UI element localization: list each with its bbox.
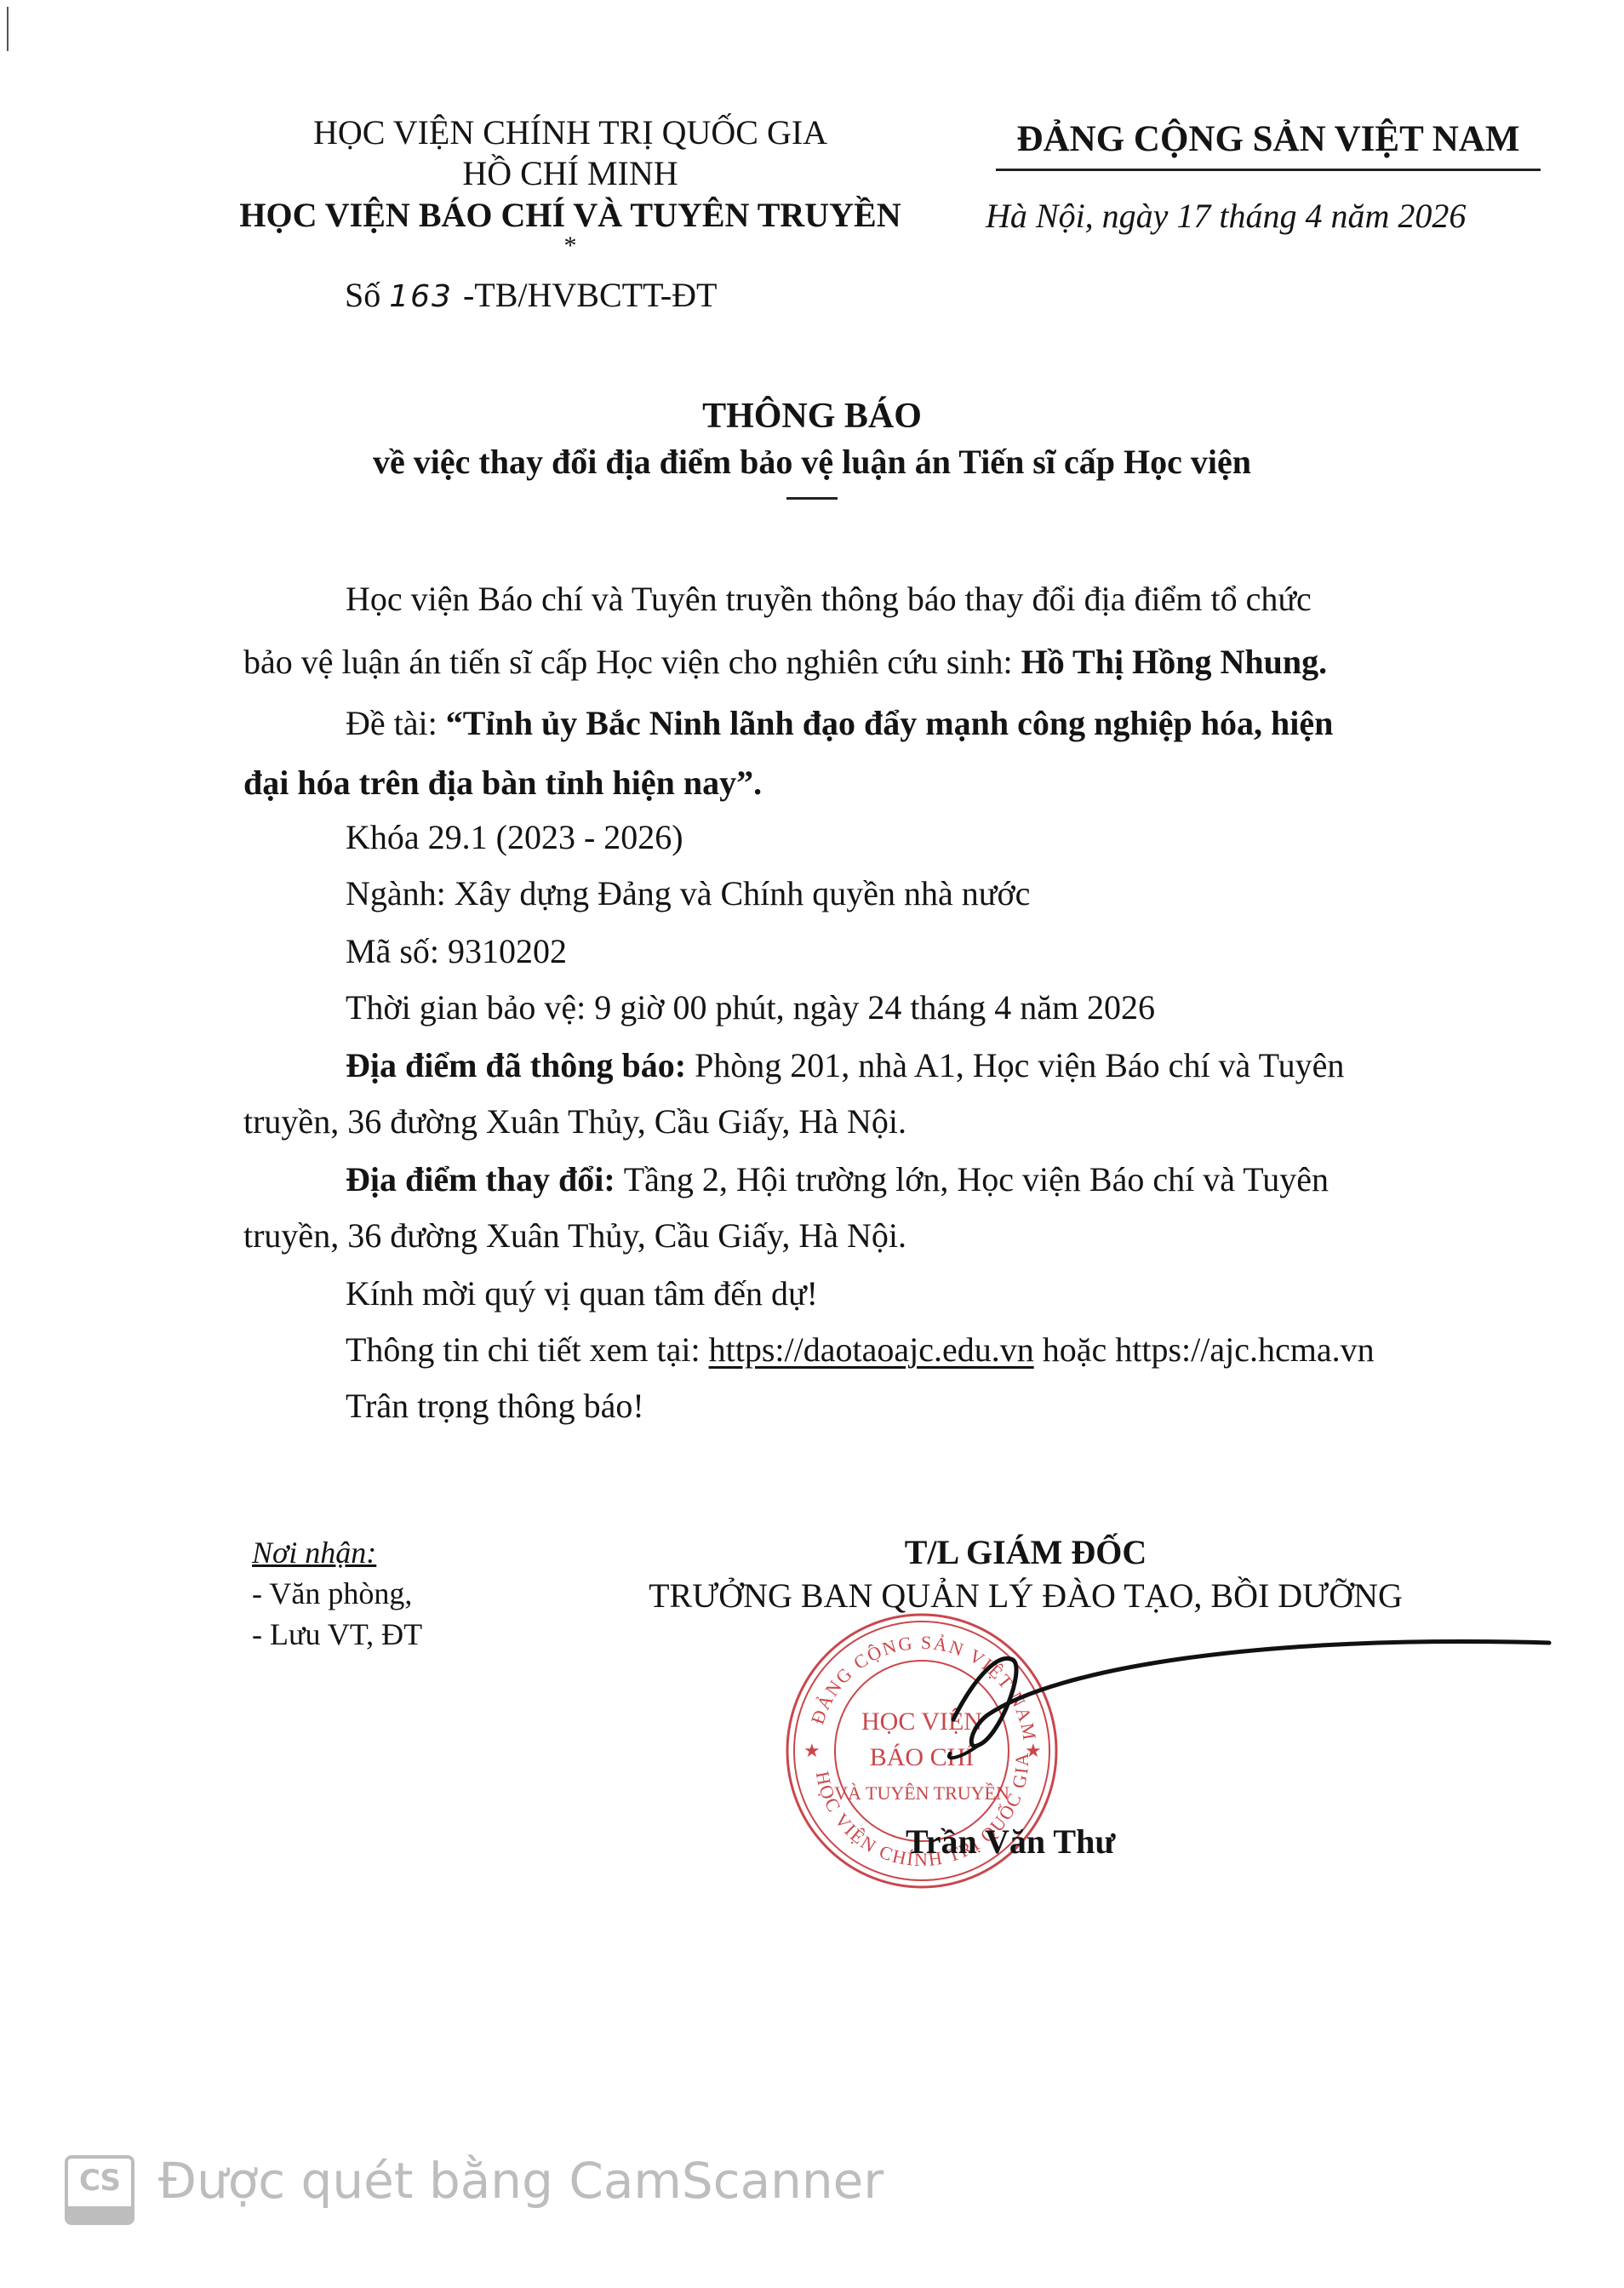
title-subheading: về việc thay đổi địa điểm bảo vệ luận án… (0, 439, 1624, 485)
title-heading: THÔNG BÁO (0, 393, 1624, 439)
signer-position: TRƯỞNG BAN QUẢN LÝ ĐÀO TẠO, BỒI DƯỠNG (579, 1573, 1472, 1619)
course: Khóa 29.1 (2023 - 2026) (346, 817, 683, 857)
new-location-line1: Địa điểm thay đổi: Tầng 2, Hội trường lớ… (346, 1159, 1329, 1199)
topic-line2: đại hóa trên địa bàn tỉnh hiện nay”. (243, 763, 762, 803)
on-behalf-title: T/L GIÁM ĐỐC (579, 1532, 1472, 1573)
signature-block: T/L GIÁM ĐỐC TRƯỞNG BAN QUẢN LÝ ĐÀO TẠO,… (579, 1532, 1472, 1619)
title-divider (786, 497, 838, 500)
org-name: HỌC VIỆN BÁO CHÍ VÀ TUYÊN TRUYỀN (170, 194, 970, 237)
svg-text:★: ★ (803, 1740, 821, 1761)
star-divider: * (170, 237, 970, 255)
new-location-line2: truyền, 36 đường Xuân Thủy, Cầu Giấy, Hà… (243, 1215, 906, 1256)
major: Ngành: Xây dựng Đảng và Chính quyền nhà … (346, 873, 1030, 913)
stamp-center-line3: VÀ TUYÊN TRUYỀN (834, 1782, 1009, 1804)
recipient-item: - Lưu VT, ĐT (252, 1614, 422, 1655)
document-title: THÔNG BÁO về việc thay đổi địa điểm bảo … (0, 393, 1624, 500)
recipients: Nơi nhận: - Văn phòng, - Lưu VT, ĐT (252, 1532, 422, 1655)
recipients-heading: Nơi nhận: (252, 1532, 422, 1573)
info-line: Thông tin chi tiết xem tại: https://daot… (346, 1330, 1375, 1370)
link-ajc-hcma[interactable]: https://ajc.hcma.vn (1115, 1330, 1374, 1369)
candidate-name: Hồ Thị Hồng Nhung. (1021, 643, 1327, 681)
old-location-label: Địa điểm đã thông báo: (346, 1046, 695, 1084)
handwritten-signature (919, 1634, 1566, 1770)
scan-edge-mark (7, 7, 9, 51)
issuing-organization: HỌC VIỆN CHÍNH TRỊ QUỐC GIA HỒ CHÍ MINH … (170, 112, 970, 255)
doc-number-prefix: Số (345, 276, 380, 314)
recipient-item: - Văn phòng, (252, 1573, 422, 1614)
party-underline (996, 169, 1541, 171)
document-number: Số163-TB/HVBCTT-ĐT (345, 275, 717, 315)
closing: Trân trọng thông báo! (346, 1386, 644, 1426)
parent-org-line1: HỌC VIỆN CHÍNH TRỊ QUỐC GIA (170, 112, 970, 153)
intro-line1: Học viện Báo chí và Tuyên truyền thông b… (346, 579, 1312, 619)
old-location-line2: truyền, 36 đường Xuân Thủy, Cầu Giấy, Hà… (243, 1101, 906, 1141)
topic-line1: Đề tài: “Tỉnh ủy Bắc Ninh lãnh đạo đẩy m… (346, 703, 1333, 743)
link-daotaoajc[interactable]: https://daotaoajc.edu.vn (709, 1330, 1034, 1369)
major-code: Mã số: 9310202 (346, 931, 567, 971)
signer-name: Trần Văn Thư (906, 1822, 1115, 1862)
party-name: ĐẢNG CỘNG SẢN VIỆT NAM (987, 116, 1549, 163)
new-location-label: Địa điểm thay đổi: (346, 1160, 624, 1198)
place-date: Hà Nội, ngày 17 tháng 4 năm 2026 (986, 196, 1466, 236)
defense-time: Thời gian bảo vệ: 9 giờ 00 phút, ngày 24… (346, 987, 1155, 1027)
doc-number-suffix: -TB/HVBCTT-ĐT (463, 276, 718, 314)
camscanner-watermark: Được quét bằng CamScanner (158, 2152, 883, 2210)
intro-line2: bảo vệ luận án tiến sĩ cấp Học viện cho … (243, 642, 1327, 682)
doc-number-handwritten: 163 (380, 279, 463, 314)
old-location-line1: Địa điểm đã thông báo: Phòng 201, nhà A1… (346, 1045, 1344, 1085)
invitation: Kính mời quý vị quan tâm đến dự! (346, 1273, 818, 1313)
party-header: ĐẢNG CỘNG SẢN VIỆT NAM (987, 116, 1549, 171)
camscanner-logo-icon: CS (65, 2155, 134, 2225)
parent-org-line2: HỒ CHÍ MINH (170, 153, 970, 194)
topic-label: Đề tài: (346, 704, 446, 742)
